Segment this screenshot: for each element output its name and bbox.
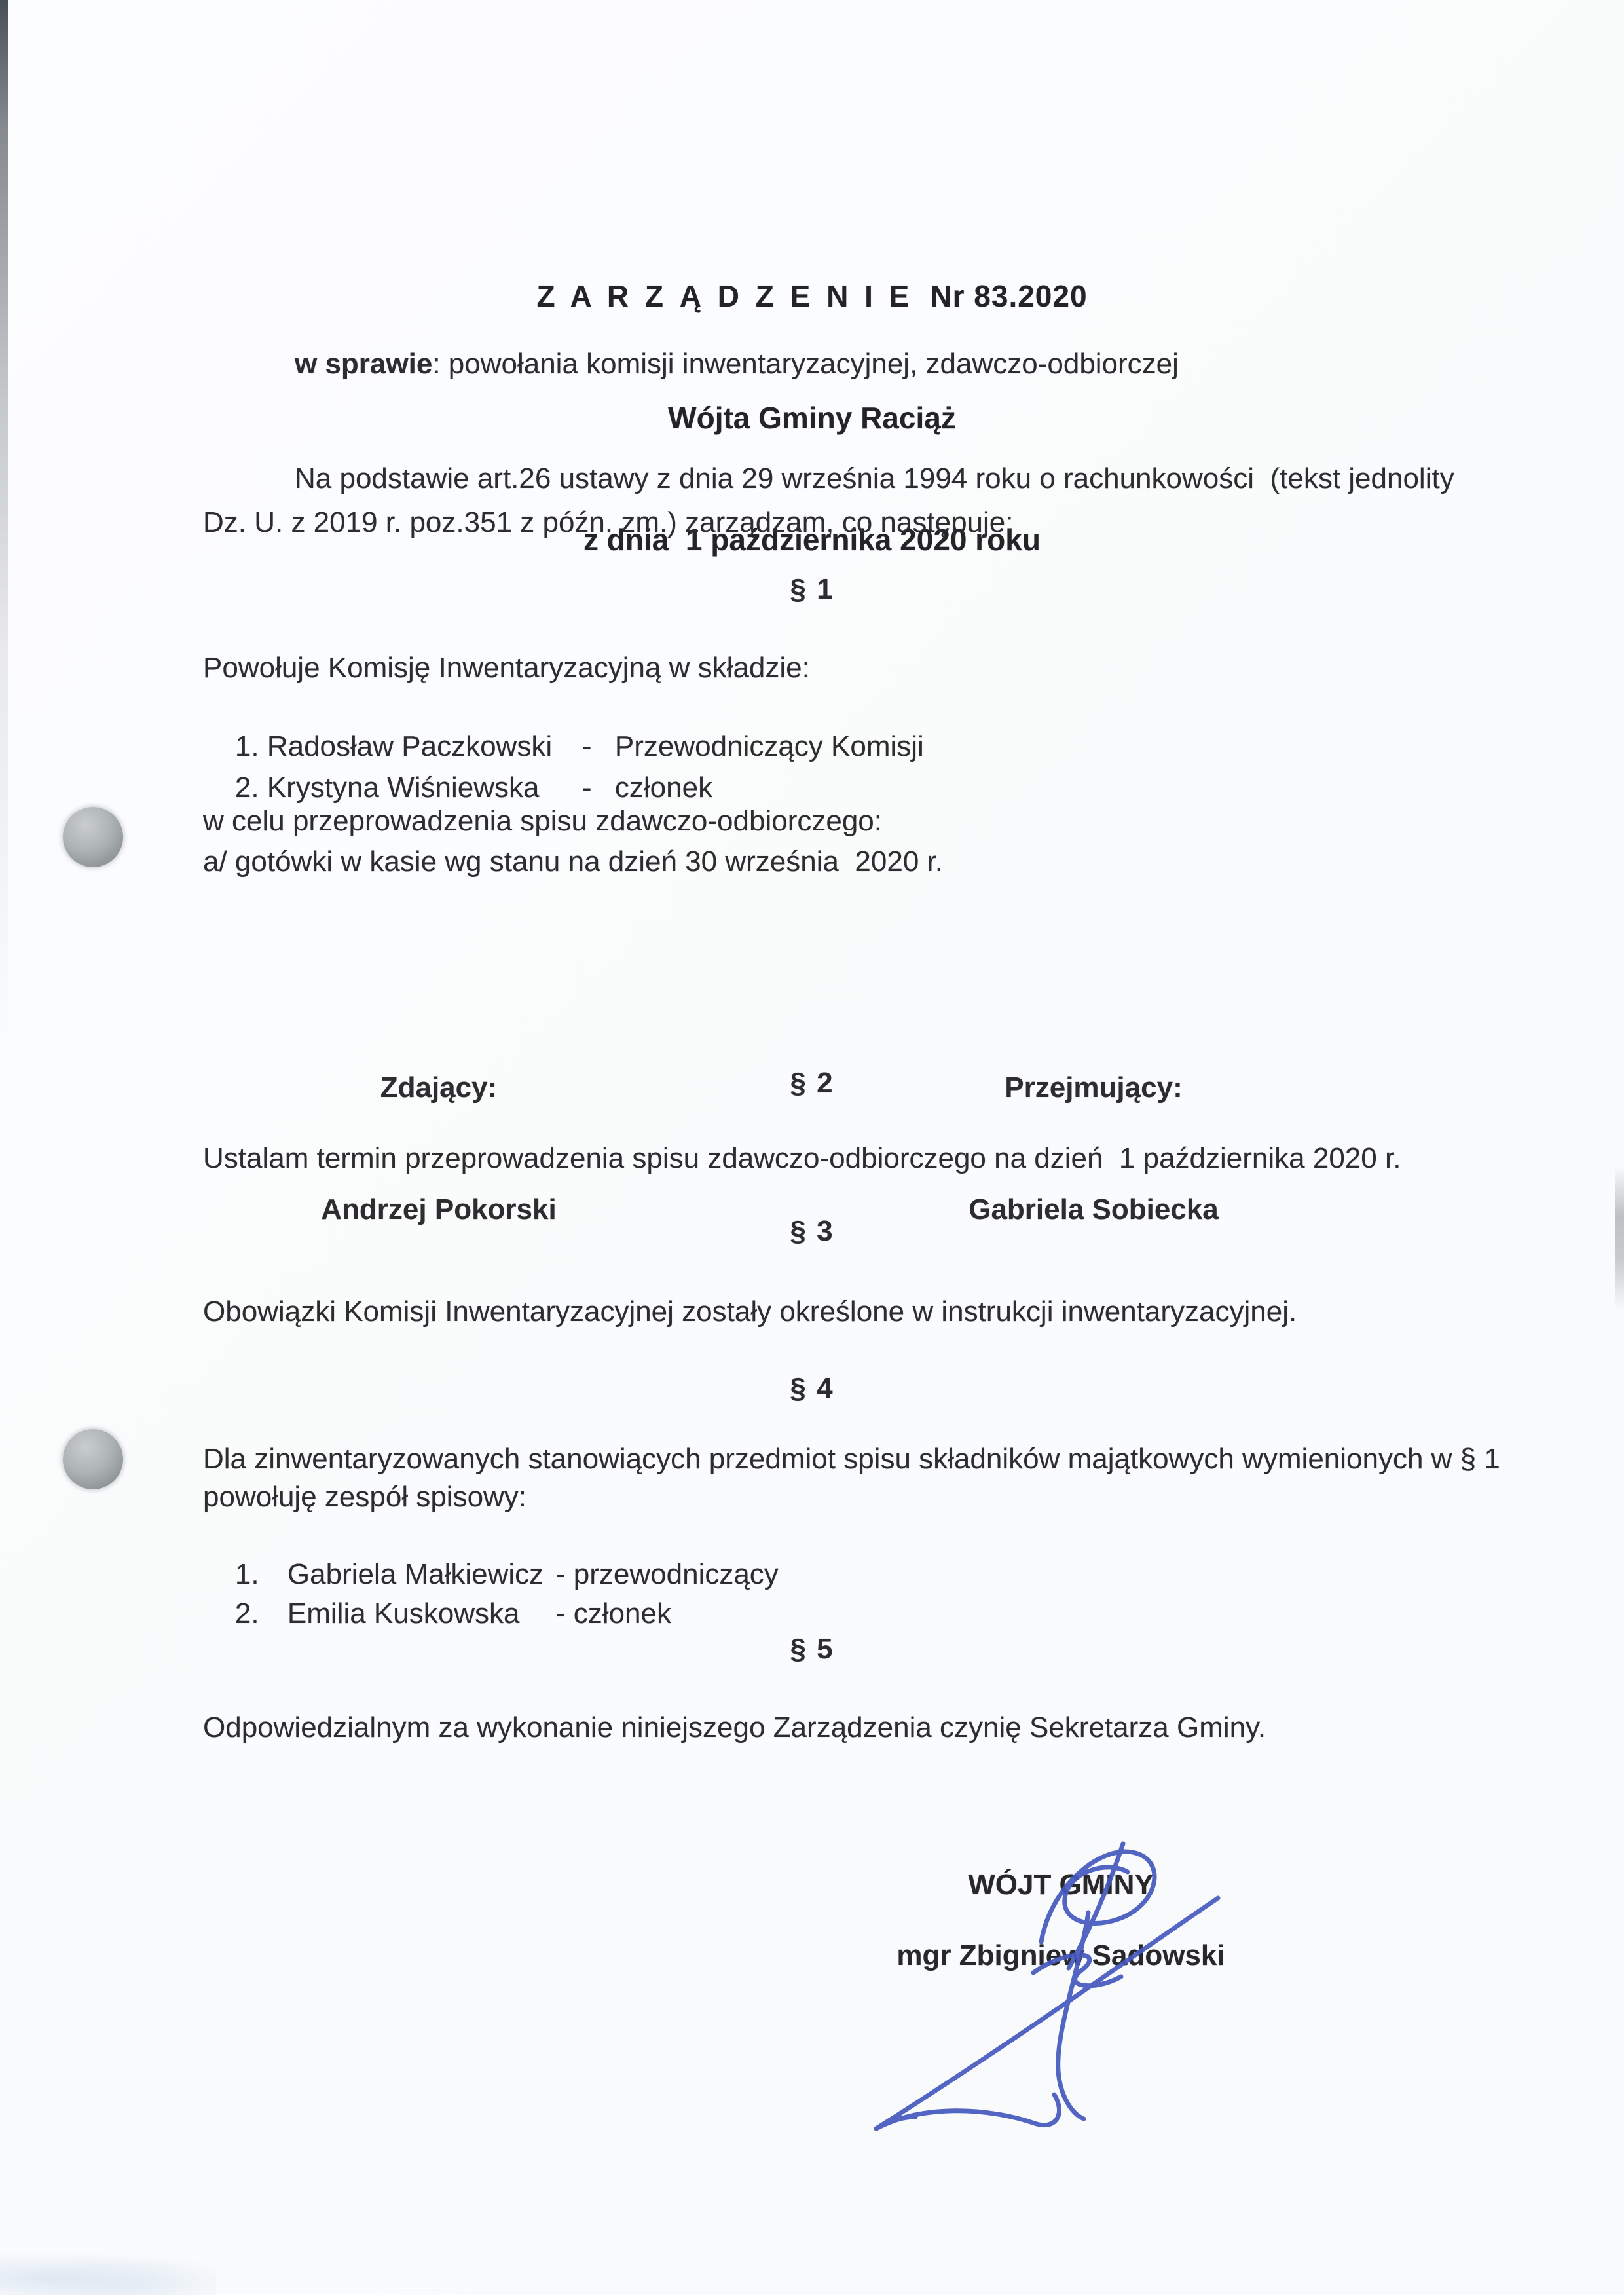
section-2-text: Ustalam termin przeprowadzenia spisu zda…	[203, 1139, 1401, 1178]
team-member-name: Emilia Kuskowska	[287, 1594, 556, 1633]
subject-text: : powołania komisji inwentaryzacyjnej, z…	[432, 348, 1179, 380]
title-line-1: Z A R Z Ą D Z E N I ENr 83.2020	[0, 276, 1624, 316]
title-word: Z A R Z Ą D Z E N I E	[536, 279, 913, 313]
team-member-role: - członek	[556, 1597, 671, 1630]
scan-bottom-smudge	[0, 2252, 216, 2295]
subject-label: w sprawie	[295, 348, 432, 380]
legal-basis-line-2: Dz. U. z 2019 r. poz.351 z późn. zm.) za…	[203, 503, 1013, 542]
hole-punch-bottom	[63, 1429, 123, 1489]
section-4-line-2: powołuję zespół spisowy:	[203, 1478, 526, 1517]
legal-basis-line-1: Na podstawie art.26 ustawy z dnia 29 wrz…	[295, 459, 1454, 498]
handwritten-signature-scribble	[825, 1821, 1441, 2161]
section-3-text: Obowiązki Komisji Inwentaryzacyjnej zost…	[203, 1292, 1297, 1332]
section-4-line-1: Dla zinwentaryzowanych stanowiących prze…	[203, 1440, 1500, 1479]
section-1-heading: § 1	[0, 570, 1624, 609]
subject-line: w sprawie: powołania komisji inwentaryza…	[295, 345, 1179, 384]
section-4-heading: § 4	[0, 1369, 1624, 1408]
section-1-purpose-line-1: w celu przeprowadzenia spisu zdawczo-odb…	[203, 802, 882, 841]
member-role: członek	[615, 772, 712, 804]
section-2-heading: § 2	[0, 1064, 1624, 1103]
section-1-intro: Powołuje Komisję Inwentaryzacyjną w skła…	[203, 648, 810, 688]
team-member-number: 2.	[235, 1594, 287, 1633]
section-3-heading: § 3	[0, 1212, 1624, 1251]
section-1-purpose-line-2: a/ gotówki w kasie wg stanu na dzień 30 …	[203, 842, 943, 882]
section-5-text: Odpowiedzialnym za wykonanie niniejszego…	[203, 1708, 1266, 1747]
title-number: Nr 83.2020	[930, 279, 1087, 313]
hole-punch-top	[63, 807, 123, 867]
title-line-2: Wójta Gminy Raciąż	[0, 398, 1624, 438]
section-5-heading: § 5	[0, 1630, 1624, 1669]
scanned-document-page: Z A R Z Ą D Z E N I ENr 83.2020 Wójta Gm…	[0, 0, 1624, 2295]
